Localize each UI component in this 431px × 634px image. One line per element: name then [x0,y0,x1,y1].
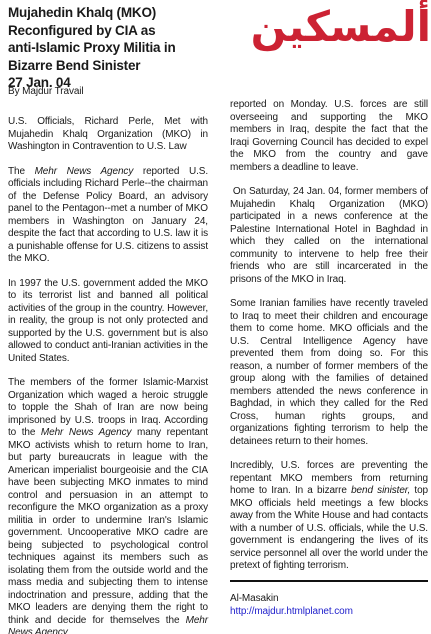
right-column-text: reported on Monday. U.S. forces are stil… [230,99,428,573]
paragraph: The Mehr News Agency reported U.S. offic… [8,166,208,266]
right-column: reported on Monday. U.S. forces are stil… [230,99,428,618]
byline: By Majdur Travail [8,86,84,97]
paragraph: reported on Monday. U.S. forces are stil… [230,99,428,174]
paragraph: The members of the former Islamic-Marxis… [8,377,208,634]
article-page: Mujahedin Khalq (MKO) Reconfigured by CI… [0,0,431,634]
paragraph: U.S. Officials, Richard Perle, Met with … [8,116,208,154]
paragraph: In 1997 the U.S. government added the MK… [8,278,208,366]
footer-divider [230,580,428,582]
almasakin-logo: ألمسكين [281,0,431,58]
publication-link[interactable]: http://majdur.htmlplanet.com [230,605,353,618]
publication-name: Al-Masakin [230,592,428,605]
paragraph: Some Iranian families have recently trav… [230,298,428,448]
article-title: Mujahedin Khalq (MKO) Reconfigured by CI… [8,4,226,92]
paragraph: Incredibly, U.S. forces are preventing t… [230,460,428,573]
paragraph: On Saturday, 24 Jan. 04, former members … [230,186,428,286]
left-column: U.S. Officials, Richard Perle, Met with … [8,116,208,634]
page-footer: Al-Masakin http://majdur.htmlplanet.com [230,592,428,618]
